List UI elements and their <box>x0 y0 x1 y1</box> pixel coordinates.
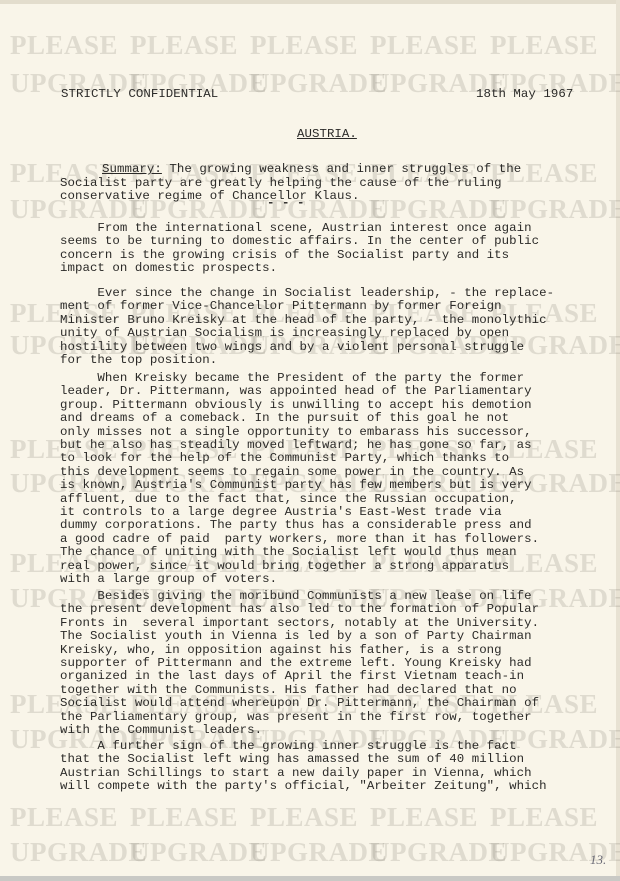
line: with a large group of voters. <box>60 572 277 586</box>
summary-label: Summary: <box>102 162 162 176</box>
line: A further sign of the growing inner stru… <box>60 739 517 753</box>
paragraph-5: A further sign of the growing inner stru… <box>60 740 547 794</box>
line: will compete with the party's official, … <box>60 779 547 793</box>
line: to look for the help of the Communist Pa… <box>60 451 509 465</box>
paragraph-1: From the international scene, Austrian i… <box>60 222 539 276</box>
line: Besides giving the moribund Communists a… <box>60 589 532 603</box>
line: affluent, due to the fact that, since th… <box>60 492 517 506</box>
line: unity of Austrian Socialism is increasin… <box>60 326 509 340</box>
line: that the Socialist left wing has amassed… <box>60 752 524 766</box>
line: the present development has also led to … <box>60 602 539 616</box>
line: Kreisky, who, in opposition against his … <box>60 643 502 657</box>
line: impact on domestic prospects. <box>60 261 277 275</box>
line: organized in the last days of April the … <box>60 669 524 683</box>
line: this development seems to regain some po… <box>60 465 524 479</box>
line: Ever since the change in Socialist leade… <box>60 286 554 300</box>
line: for the top position. <box>60 353 217 367</box>
page-number: 13. <box>590 852 606 868</box>
line: hostility between two wings and by a vio… <box>60 340 524 354</box>
line: The chance of uniting with the Socialist… <box>60 545 517 559</box>
summary-line-2: Socialist party are greatly helping the … <box>60 176 502 190</box>
line: Minister Bruno Kreisky at the head of th… <box>60 313 547 327</box>
page-edge <box>616 0 620 876</box>
line: When Kreisky became the President of the… <box>60 371 524 385</box>
line: the Parliamentary group, was present in … <box>60 710 532 724</box>
paragraph-2: Ever since the change in Socialist leade… <box>60 287 554 367</box>
line: The Socialist youth in Vienna is led by … <box>60 629 532 643</box>
line: seems to be turning to domestic affairs.… <box>60 234 539 248</box>
line: ment of former Vice-Chancellor Pitterman… <box>60 299 502 313</box>
line: only misses not a single opportunity to … <box>60 425 532 439</box>
line: together with the Communists. His father… <box>60 683 517 697</box>
line: concern is the growing crisis of the Soc… <box>60 248 509 262</box>
line: and dreams of a comeback. In the pursuit… <box>60 411 509 425</box>
line: dummy corporations. The party thus has a… <box>60 518 532 532</box>
document-title: AUSTRIA. <box>297 128 357 141</box>
line: supporter of Pittermann and the extreme … <box>60 656 532 670</box>
line: but he also has steadily moved leftward;… <box>60 438 532 452</box>
line: group. Pittermann obviously is unwilling… <box>60 398 532 412</box>
document-date: 18th May 1967 <box>476 88 573 101</box>
line: From the international scene, Austrian i… <box>60 221 532 235</box>
line: a good cadre of paid party workers, more… <box>60 532 539 546</box>
scan-bottom-border <box>0 876 620 881</box>
summary-line-1: The growing weakness and inner struggles… <box>162 162 521 176</box>
classification-label: STRICTLY CONFIDENTIAL <box>61 88 218 101</box>
paragraph-3: When Kreisky became the President of the… <box>60 372 539 587</box>
line: Fronts in several important sectors, not… <box>60 616 539 630</box>
section-separator: - - - <box>267 197 304 210</box>
line: with the Communist leaders. <box>60 723 262 737</box>
line: is known, Austria's Communist party has … <box>60 478 532 492</box>
line: leader, Dr. Pittermann, was appointed he… <box>60 384 532 398</box>
line: real power, since it would bring togethe… <box>60 559 509 573</box>
line: Austrian Schillings to start a new daily… <box>60 766 532 780</box>
line: it controls to a large degree Austria's … <box>60 505 502 519</box>
summary-line-3: conservative regime of Chancellor Klaus. <box>60 189 359 203</box>
paragraph-4: Besides giving the moribund Communists a… <box>60 590 539 737</box>
line: Socialist would attend whereupon Dr. Pit… <box>60 696 539 710</box>
